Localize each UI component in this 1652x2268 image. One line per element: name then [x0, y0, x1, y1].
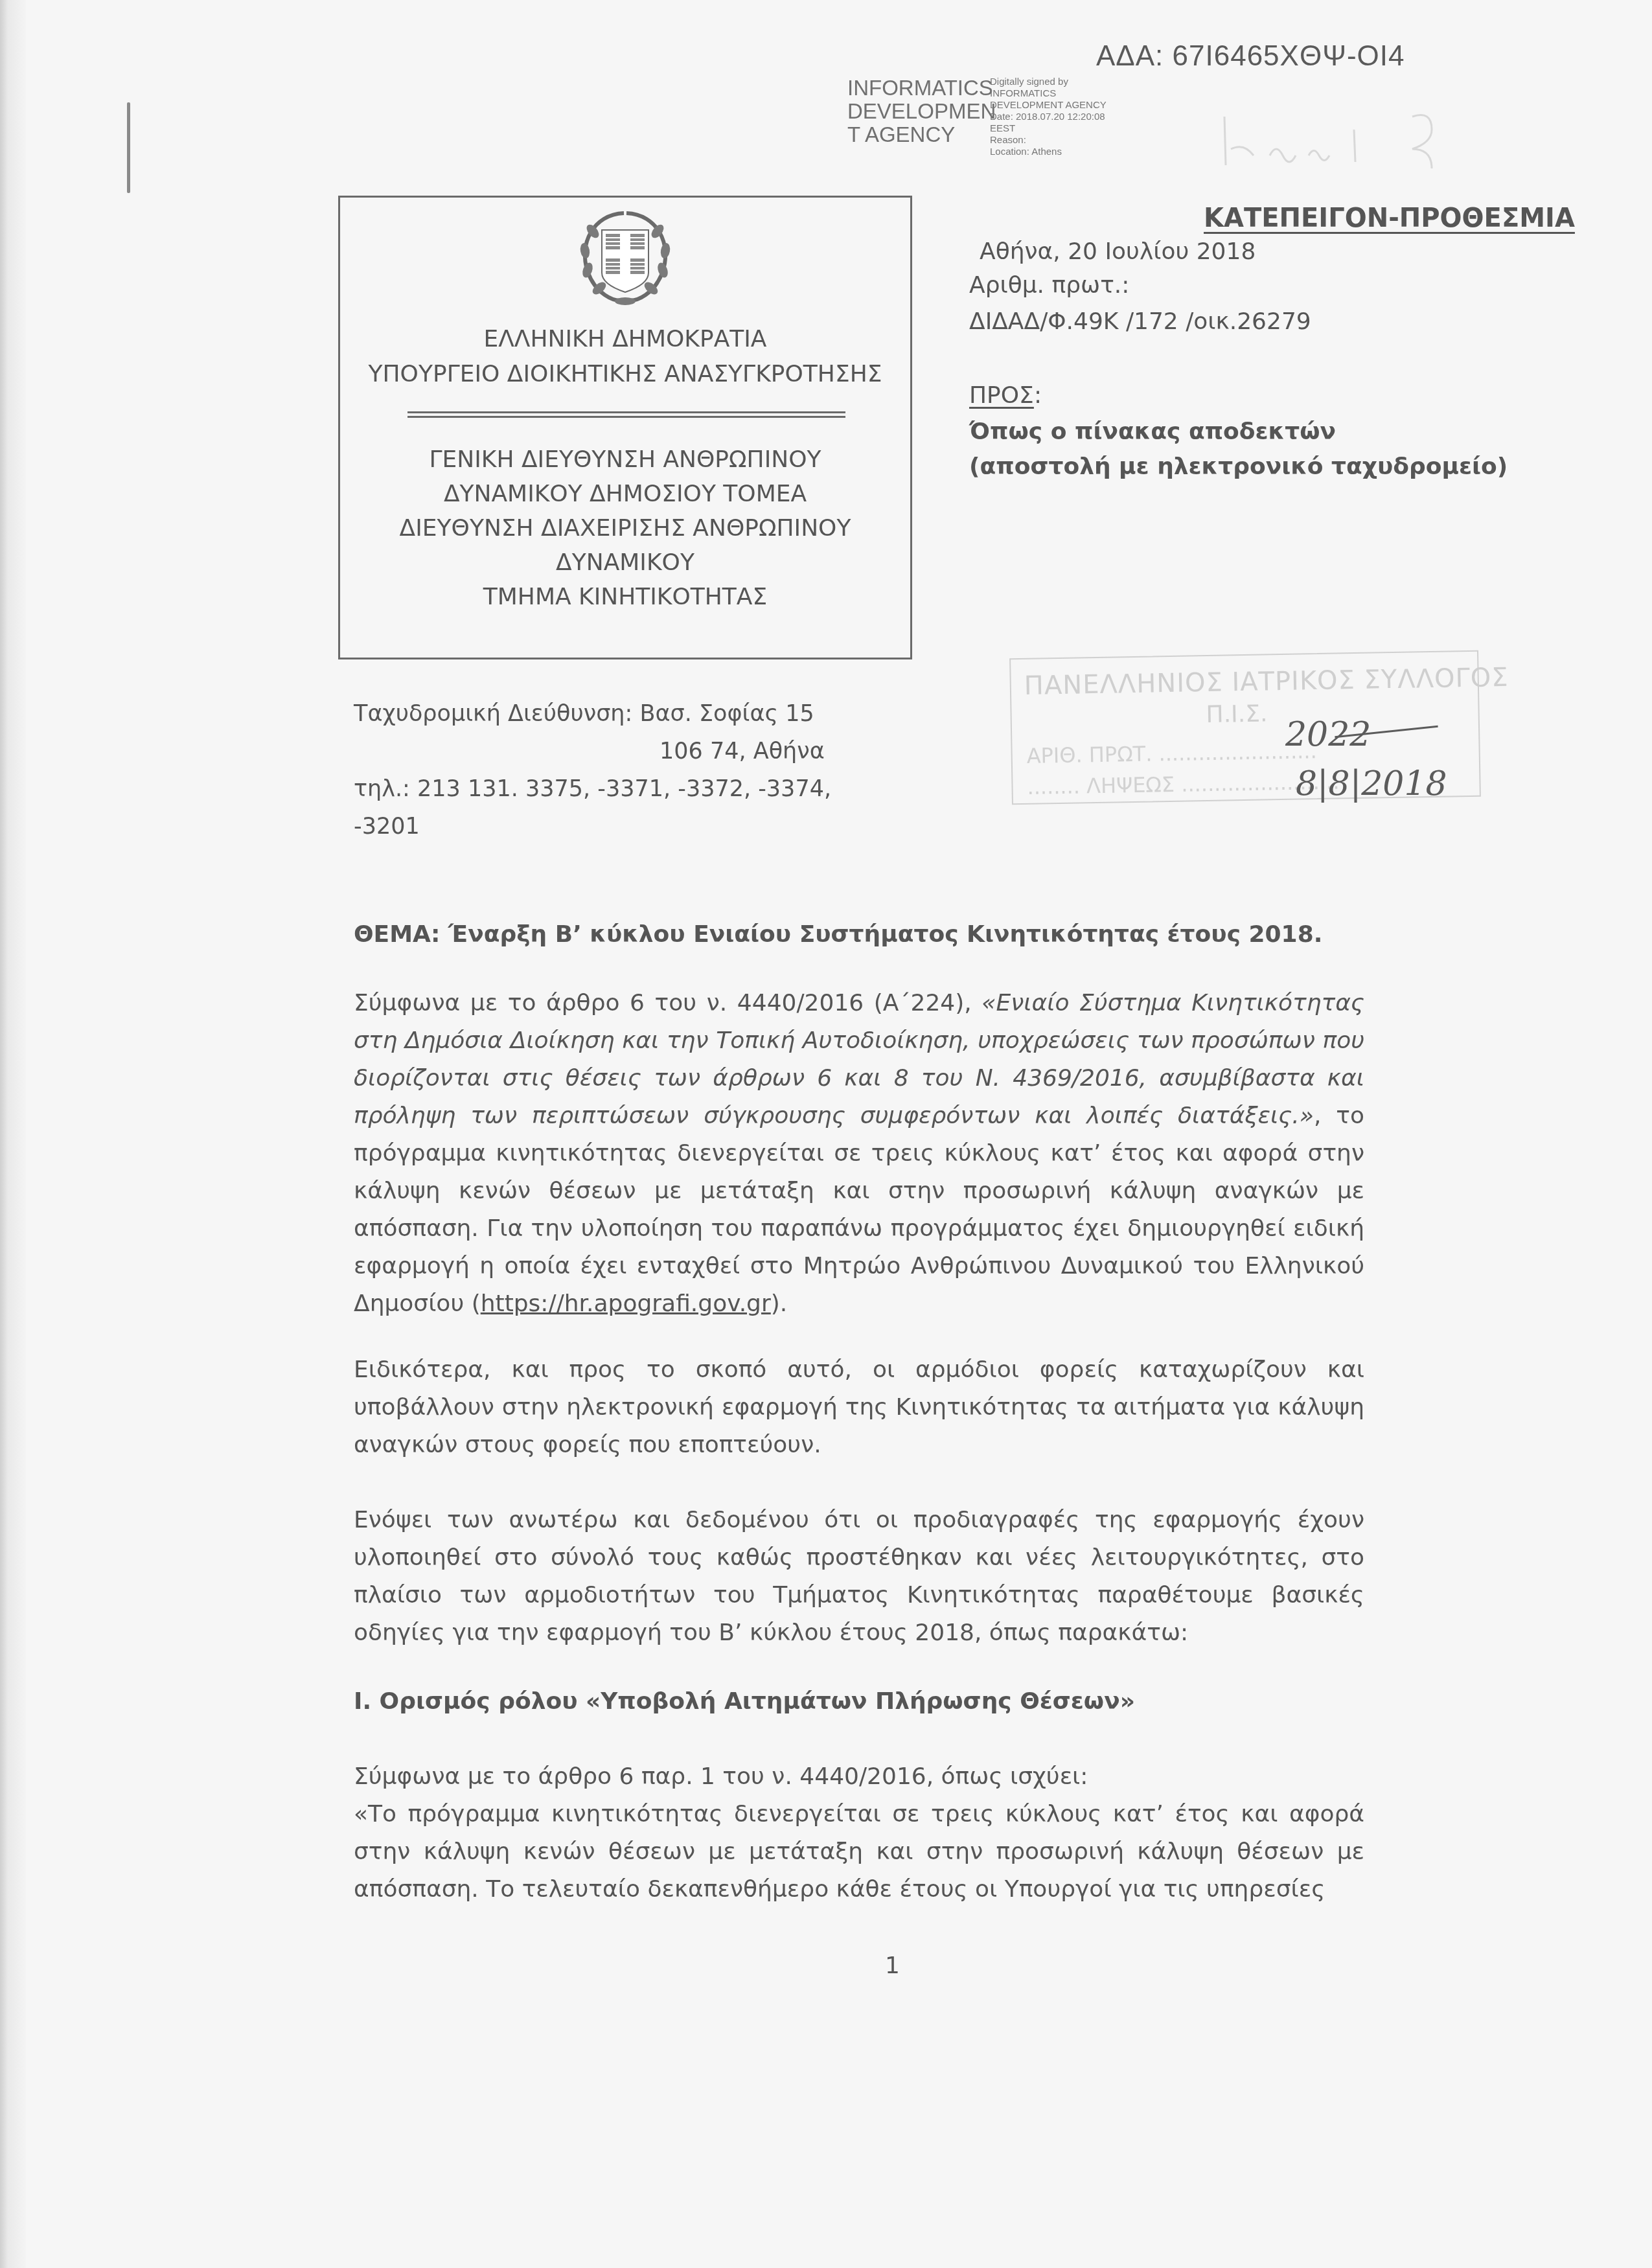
paragraph-article-ref: Σύμφωνα με το άρθρο 6 παρ. 1 του ν. 4440…	[354, 1758, 1364, 1796]
ada-code: ΑΔΑ: 67Ι6465ΧΘΨ-ΟΙ4	[1096, 40, 1405, 73]
section-heading-role-definition: Ι. Ορισμός ρόλου «Υποβολή Αιτημάτων Πλήρ…	[354, 1683, 1364, 1721]
urgent-deadline-label: ΚΑΤΕΠΕΙΓΟΝ-ΠΡΟΘΕΣΜΙΑ	[1204, 203, 1575, 233]
protocol-label: Αριθμ. πρωτ.:	[969, 272, 1129, 299]
paragraph-instructions-intro: Ενόψει των ανωτέρω και δεδομένου ότι οι …	[354, 1502, 1364, 1652]
paragraph-specifically: Ειδικότερα, και προς το σκοπό αυτό, οι α…	[354, 1351, 1364, 1464]
handwritten-receipt-date: 8|8|2018	[1296, 764, 1447, 803]
stamp-title: ΠΑΝΕΛΛΗΝΙΟΣ ΙΑΤΡΙΚΟΣ ΣΥΛΛΟΓΟΣ	[1024, 663, 1509, 701]
apografi-link[interactable]: https://hr.apografi.gov.gr	[481, 1290, 771, 1317]
recipients-line-1: Όπως ο πίνακας αποδεκτών	[969, 418, 1336, 445]
paragraph-quote: «Το πρόγραμμα κινητικότητας διενεργείται…	[354, 1796, 1364, 1908]
ministry-title: ΥΠΟΥΡΓΕΙΟ ΔΙΟΙΚΗΤΙΚΗΣ ΑΝΑΣΥΓΚΡΟΤΗΣΗΣ	[340, 361, 910, 387]
republic-title: ΕΛΛΗΝΙΚΗ ΔΗΜΟΚΡΑΤΙΑ	[340, 326, 910, 352]
phone-numbers: τηλ.: 213 131. 3375, -3371, -3372, -3374…	[354, 776, 831, 802]
greek-coat-of-arms-icon	[573, 205, 677, 309]
protocol-number: ΔΙΔΑΔ/Φ.49Κ /172 /οικ.26279	[969, 308, 1311, 335]
subject-line: ΘΕΜΑ: Έναρξη Β’ κύκλου Ενιαίου Συστήματο…	[354, 916, 1364, 954]
page-number: 1	[885, 1953, 900, 1979]
recipients-label: ΠΡΟΣ :	[969, 382, 1042, 409]
recipients-line-2: (αποστολή με ηλεκτρονικό ταχυδρομείο)	[969, 453, 1508, 480]
digital-signature-signer: INFORMATICS DEVELOPMEN T AGENCY	[847, 76, 996, 146]
double-divider	[407, 411, 845, 418]
margin-mark	[127, 102, 130, 193]
department-names: ΓΕΝΙΚΗ ΔΙΕΥΘΥΝΣΗ ΑΝΘΡΩΠΙΝΟΥ ΔΥΝΑΜΙΚΟΥ ΔΗ…	[340, 442, 910, 614]
stamp-abbr: Π.Ι.Σ.	[1206, 700, 1267, 728]
stamp-protocol-line: ΑΡΙΘ. ΠΡΩΤ. ........................	[1026, 739, 1317, 768]
postal-code-city: 106 74, Αθήνα	[660, 739, 825, 764]
handwritten-note-faint	[1218, 104, 1490, 175]
ministry-header-box: ΕΛΛΗΝΙΚΗ ΔΗΜΟΚΡΑΤΙΑ ΥΠΟΥΡΓΕΙΟ ΔΙΟΙΚΗΤΙΚΗ…	[338, 196, 912, 659]
phone-numbers-cont: -3201	[354, 814, 420, 840]
paragraph-legal-basis: Σύμφωνα με το άρθρο 6 του ν. 4440/2016 (…	[354, 985, 1364, 1323]
document-date: Αθήνα, 20 Ιουλίου 2018	[980, 238, 1256, 265]
digital-signature-details: Digitally signed by INFORMATICS DEVELOPM…	[990, 76, 1107, 158]
postal-address: Ταχυδρομική Διεύθυνση: Βασ. Σοφίας 15	[354, 701, 814, 727]
stamp-receipt-line: ........ ΛΗΨΕΩΣ ........................	[1027, 769, 1339, 799]
scan-edge	[0, 0, 26, 2268]
